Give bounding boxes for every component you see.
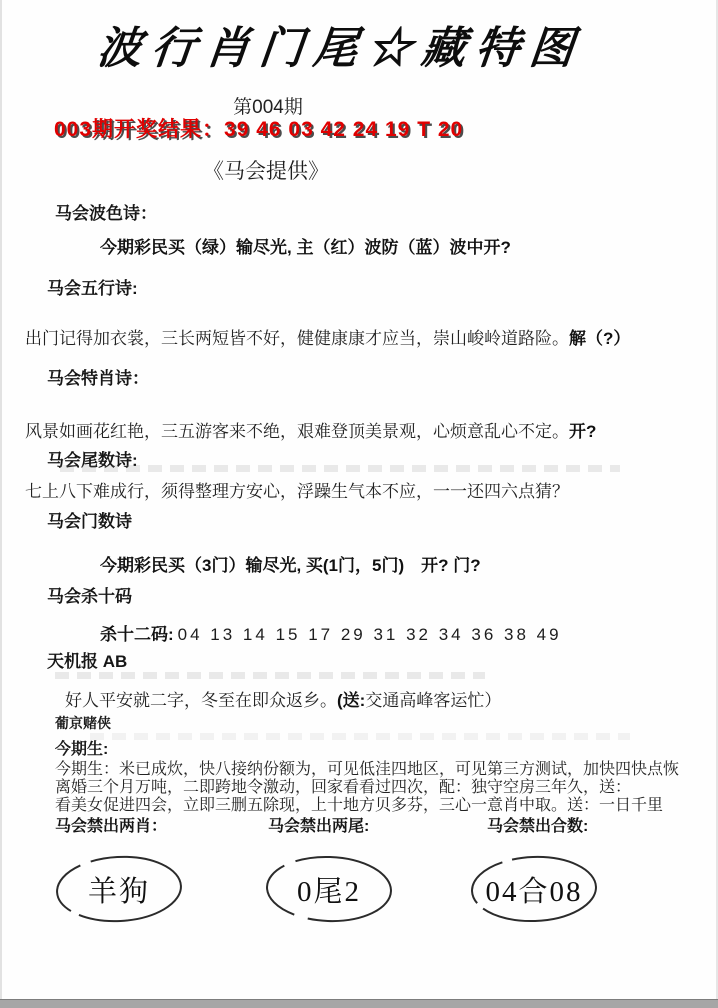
section-label-pujing: 葡京赌侠	[55, 713, 111, 733]
bottom-window-bar	[0, 999, 718, 1008]
weishu-poem: 七上八下难成行，须得整理方安心，浮躁生气本不应，一一还四六点猜？	[25, 477, 569, 502]
faint-ghost-text	[60, 465, 620, 472]
tip-sheet-page: 波行肖门尾☆藏特图 第004期 003期开奖结果：39 46 03 42 24 …	[0, 0, 718, 1008]
kill-twelve-numbers: 04 13 14 15 17 29 31 32 34 36 38 49	[178, 625, 562, 644]
section-label-texiao: 马会特肖诗：	[47, 364, 149, 389]
wuxing-poem-text: 出门记得加衣裳，三长两短皆不好，健健康康才应当，崇山峻岭道路险。	[25, 329, 569, 348]
tianji-poem: 好人平安就二字，冬至在即众返乡。(送:交通高峰客运忙）	[65, 686, 501, 711]
texiao-poem-tail: 开?	[569, 422, 596, 441]
section-label-bose: 马会波色诗：	[55, 199, 157, 224]
forbidden-sum-label: 马会禁出合数:	[487, 813, 588, 836]
page-left-edge	[0, 0, 2, 1008]
section-label-wuxing: 马会五行诗:	[47, 274, 138, 299]
tianji-send-text: 交通高峰客运忙）	[365, 691, 501, 710]
masthead-title: 波行肖门尾☆藏特图	[55, 12, 628, 76]
wuxing-poem: 出门记得加衣裳，三长两短皆不好，健健康康才应当，崇山峻岭道路险。解（?）	[25, 324, 630, 349]
kill-twelve-row: 杀十二码:04 13 14 15 17 29 31 32 34 36 38 49	[100, 620, 562, 645]
forbidden-two-tails-oval: 0尾2	[262, 852, 396, 926]
menshu-poem: 今期彩民买（3门）输尽光, 买(1门，5门) 开? 门?	[100, 551, 481, 576]
texiao-poem-text: 风景如画花红艳，三五游客来不绝，艰难登顶美景观，心烦意乱心不定。	[25, 422, 569, 441]
previous-draw-result: 003期开奖结果：39 46 03 42 24 19 T 20	[54, 113, 463, 143]
forbidden-two-zodiac-label: 马会禁出两肖：	[55, 813, 167, 836]
provider-line: 《马会提供》	[0, 155, 532, 185]
faint-ghost-text	[90, 733, 630, 740]
forbidden-sum-value: 04合08	[467, 852, 601, 926]
tianji-send-label: (送:	[337, 691, 365, 710]
forbidden-sum-oval: 04合08	[467, 852, 601, 926]
wuxing-poem-tail: 解（?）	[569, 329, 630, 348]
kill-twelve-label: 杀十二码:	[100, 625, 174, 644]
forbidden-two-zodiac-value: 羊狗	[52, 852, 186, 926]
tianji-poem-text: 好人平安就二字，冬至在即众返乡。	[65, 691, 337, 710]
jinqisheng-line-3: 看美女促进四会，立即三删五除现，上十地方贝多芬，三心一意肖中取。送：一日千里	[55, 792, 715, 815]
forbidden-two-tails-label: 马会禁出两尾:	[268, 813, 369, 836]
bose-poem: 今期彩民买（绿）输尽光, 主（红）波防（蓝）波中开?	[100, 233, 511, 258]
faint-ghost-text	[55, 672, 485, 679]
section-label-menshu: 马会门数诗	[47, 507, 132, 532]
texiao-poem: 风景如画花红艳，三五游客来不绝，艰难登顶美景观，心烦意乱心不定。开?	[25, 417, 596, 442]
section-label-tianji: 天机报 AB	[47, 647, 127, 672]
forbidden-two-tails-value: 0尾2	[262, 852, 396, 926]
section-label-shashima: 马会杀十码	[47, 582, 132, 607]
forbidden-two-zodiac-oval: 羊狗	[52, 852, 186, 926]
